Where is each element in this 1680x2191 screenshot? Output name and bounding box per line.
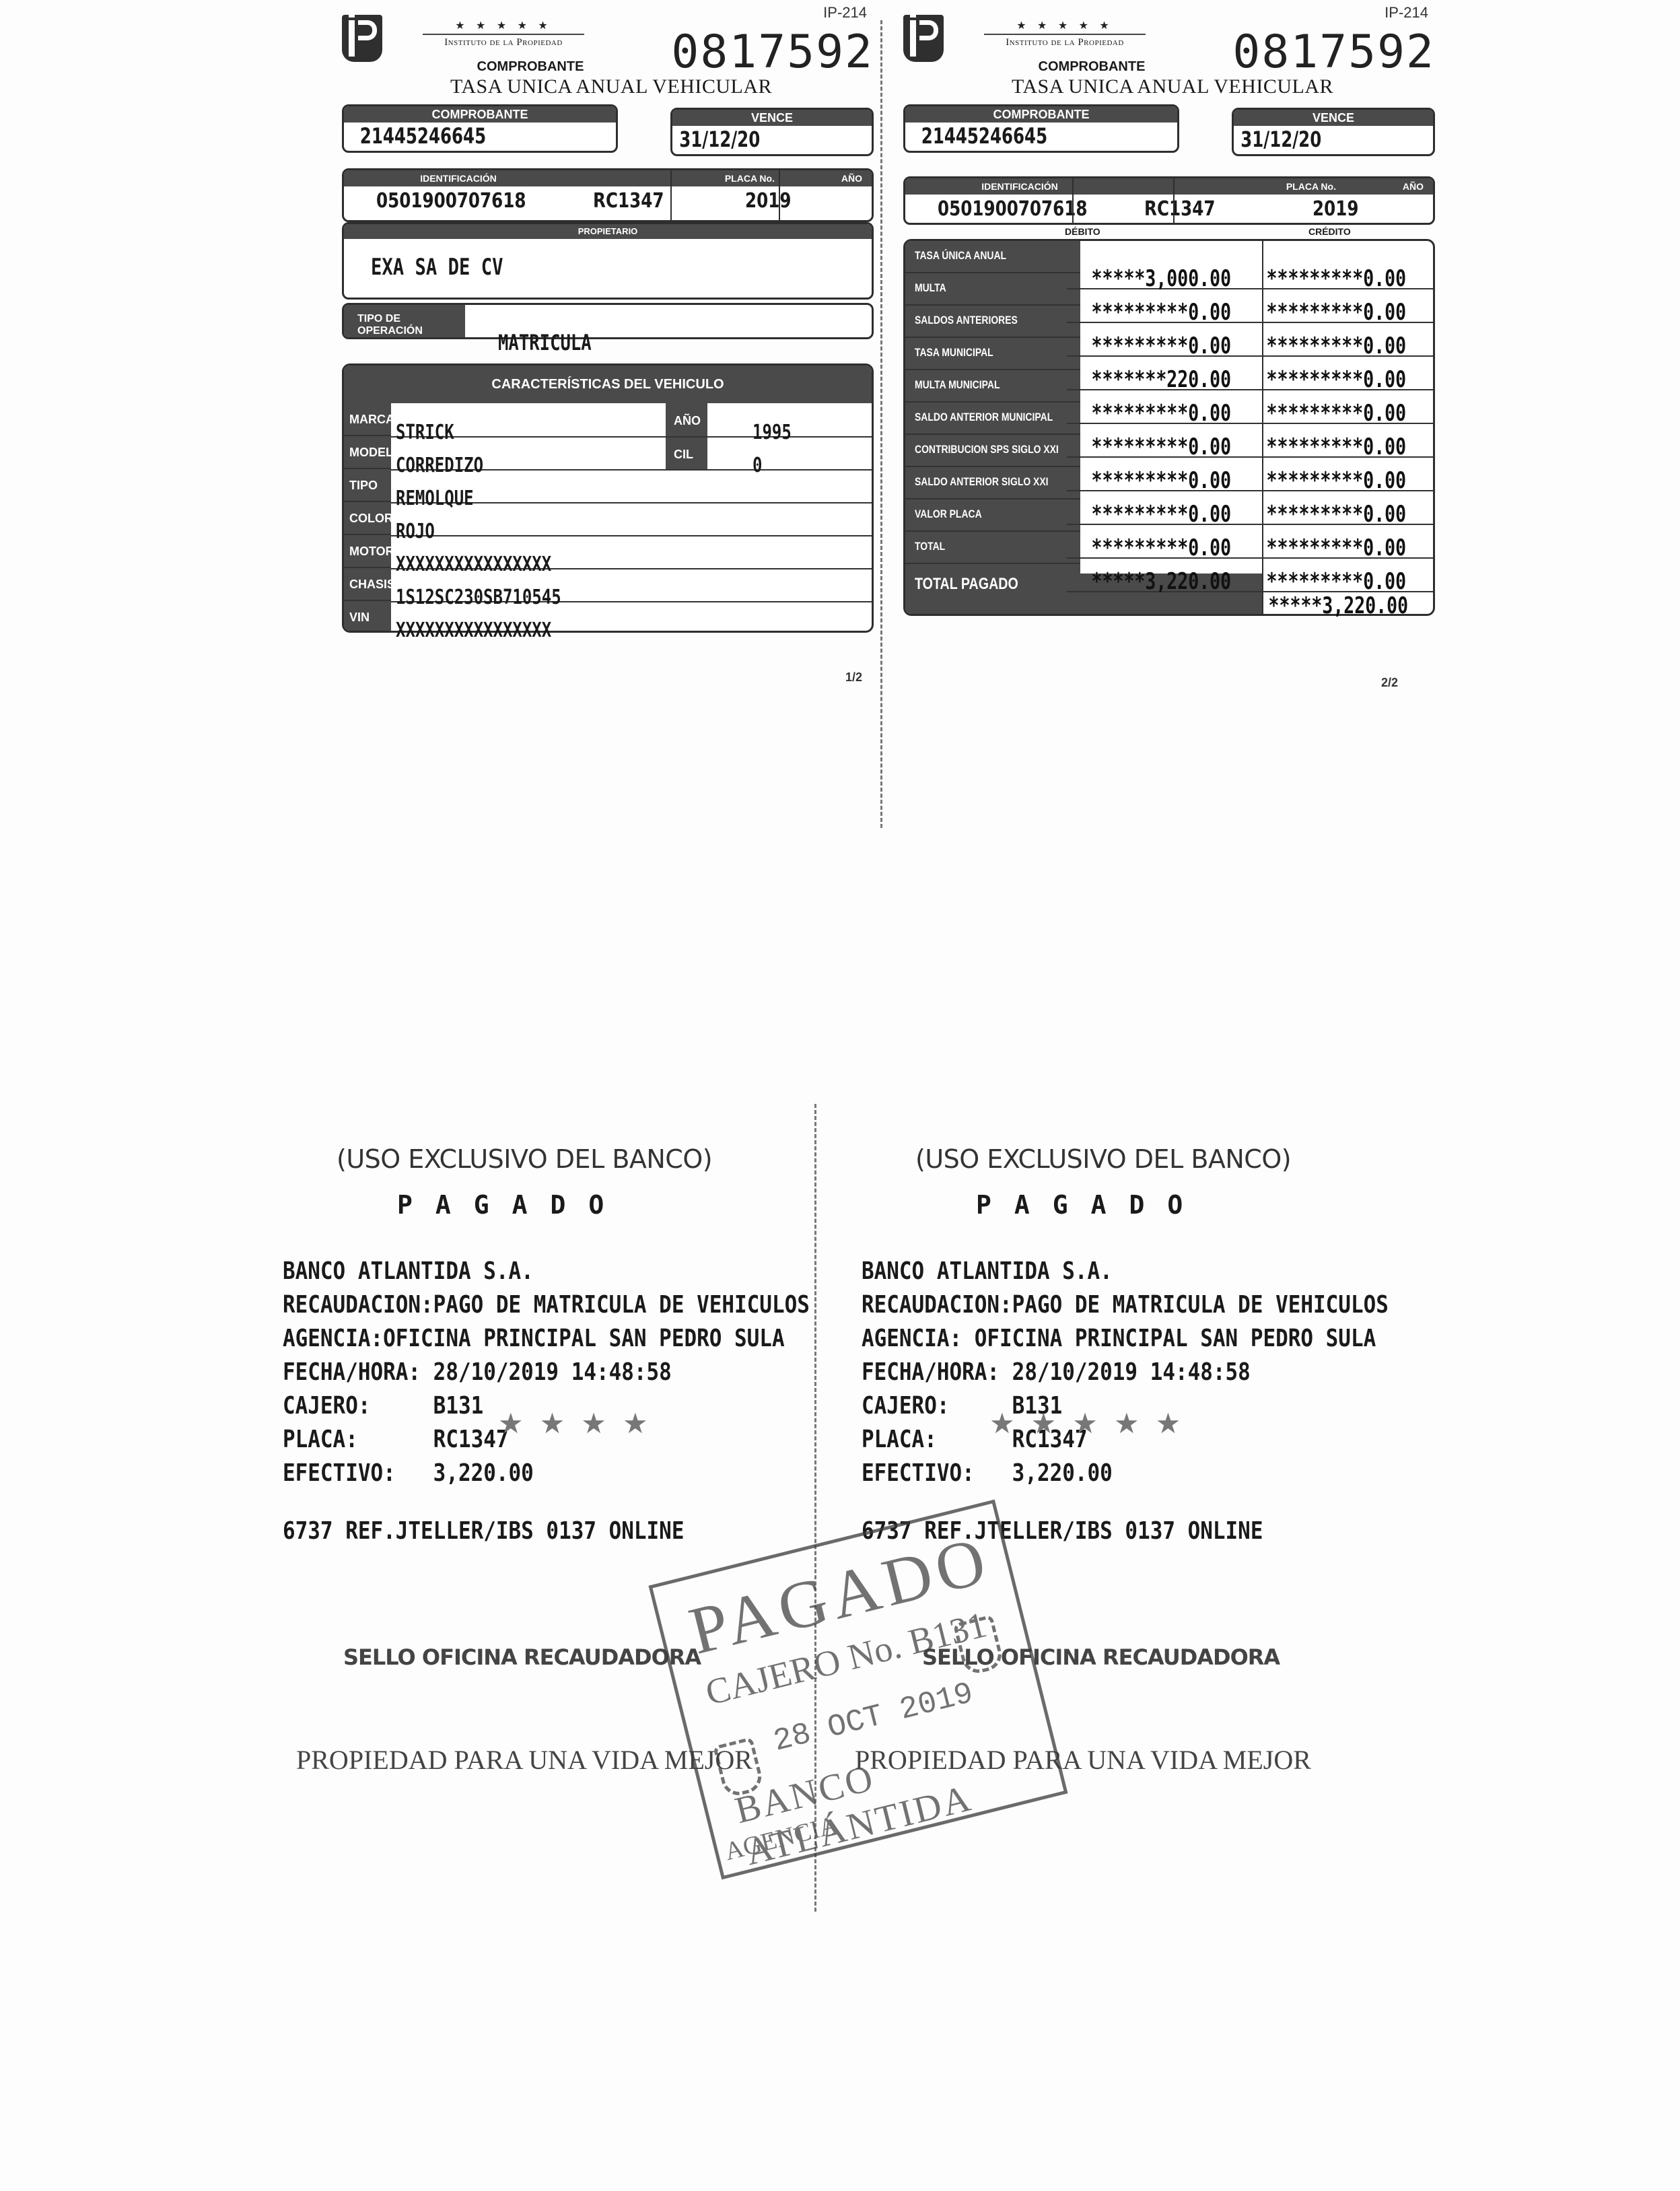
amounts-table: TASA ÚNICA ANUALMULTASALDOS ANTERIORESTA… (903, 239, 1435, 616)
vence-value: 31/12/20 (1234, 126, 1403, 153)
debito-value: *********0.00 (1091, 299, 1231, 326)
bank-line: AGENCIA:OFICINA PRINCIPAL SAN PEDRO SULA (283, 1322, 746, 1356)
vehicle-cil-label: CIL (666, 437, 707, 471)
cut-line (880, 20, 882, 828)
table-row: *********0.00*********0.00 (1067, 459, 1433, 491)
amount-label: TASA ÚNICA ANUAL (905, 241, 1080, 273)
anio-label: AÑO (1336, 178, 1424, 195)
bank-line: EFECTIVO: 3,220.00 (862, 1457, 1325, 1490)
amount-label: MULTA MUNICIPAL (905, 370, 1080, 403)
serial-number: 0817592 (671, 26, 874, 79)
paid-label: PAGADO (976, 1190, 1400, 1220)
amount-label: CONTRIBUCION SPS SIGLO XXI (905, 435, 1080, 467)
propietario-value: EXA SA DE CV (344, 239, 766, 281)
ip-logo-icon (903, 15, 944, 62)
amount-label: TASA MUNICIPAL (905, 338, 1080, 370)
institution-name: Instituto de la Propiedad (423, 37, 584, 48)
table-row: *********0.00*********0.00 (1067, 392, 1433, 424)
credito-value: *********0.00 (1266, 433, 1406, 460)
identificacion-label: IDENTIFICACIÓN (344, 170, 573, 186)
bank-line: RECAUDACION:PAGO DE MATRICULA DE VEHICUL… (862, 1288, 1325, 1322)
placa-value: RC1347 (593, 189, 664, 213)
stars-icon: ★ ★ ★ ★ ★ (423, 19, 584, 32)
table-row: *********0.00*********0.00 (1067, 324, 1433, 357)
vehicle-field-value: ROJO (396, 515, 561, 548)
vence-label: VENCE (672, 110, 872, 126)
vehicle-field-value: REMOLQUE (396, 482, 561, 515)
document-subtitle: COMPROBANTE (1024, 59, 1159, 75)
table-row: *********0.00*********0.00 (1067, 493, 1433, 525)
vehicle-field-label: MARCA (344, 403, 391, 436)
credito-value: *********0.00 (1266, 467, 1406, 494)
amount-label: MULTA (905, 273, 1080, 306)
bank-line: RECAUDACION:PAGO DE MATRICULA DE VEHICUL… (283, 1288, 746, 1322)
comprobante-label: COMPROBANTE (905, 106, 1177, 123)
document-subtitle: COMPROBANTE (463, 59, 598, 75)
credito-value: *********0.00 (1266, 366, 1406, 393)
vehicle-field-label: COLOR (344, 502, 391, 535)
stamp-logo-icon (953, 1615, 1006, 1677)
credito-label: CRÉDITO (1308, 226, 1351, 237)
amount-label: VALOR PLACA (905, 499, 1080, 532)
comprobante-box: COMPROBANTE 21445246645 (342, 104, 618, 153)
table-row: *********0.00*********0.00 (1067, 291, 1433, 323)
comprobante-value: 21445246645 (905, 123, 1136, 149)
debito-value: *********0.00 (1091, 400, 1231, 427)
institution-header: ★ ★ ★ ★ ★ Instituto de la Propiedad (423, 19, 584, 48)
ip-logo-icon (342, 15, 382, 62)
credito-value: *********0.00 (1266, 568, 1406, 595)
vence-label: VENCE (1234, 110, 1433, 126)
anio-value: 2019 (745, 189, 791, 213)
credito-value: *********0.00 (1266, 400, 1406, 427)
comprobante-box: COMPROBANTE 21445246645 (903, 104, 1179, 153)
identificacion-value: 0501900707618 (938, 197, 1088, 221)
page-number: 1/2 (845, 670, 862, 685)
anio-label: AÑO (775, 170, 862, 186)
vehicle-cil-value: 0 (753, 449, 792, 482)
table-row: *********0.00*********0.00 (1067, 526, 1433, 559)
paid-label: PAGADO (397, 1190, 821, 1220)
bank-exclusive-label: (USO EXCLUSIVO DEL BANCO) (337, 1144, 821, 1174)
tipo-operacion-label: TIPO DE OPERACIÓN (344, 305, 465, 337)
bank-reference: 6737 REF.JTELLER/IBS 0137 ONLINE (283, 1517, 746, 1545)
credito-value: *********0.00 (1266, 534, 1406, 561)
identificacion-value: 0501900707618 (376, 189, 526, 213)
vehicle-field-label: VIN (344, 601, 391, 633)
credito-value: *********0.00 (1266, 299, 1406, 326)
tipo-operacion-value: MATRICULA (498, 330, 592, 355)
debito-value: *********0.00 (1091, 333, 1231, 359)
anio-value: 2019 (1312, 197, 1358, 221)
identification-box: IDENTIFICACIÓN PLACA No. AÑO 05019007076… (903, 176, 1435, 225)
vehicle-field-value: CORREDIZO (396, 449, 561, 482)
debito-value: *****3,220.00 (1091, 568, 1231, 595)
debito-value: *********0.00 (1091, 433, 1231, 460)
vehicle-anio-value: 1995 (753, 416, 792, 449)
vehicle-field-label: MOTOR (344, 535, 391, 568)
credito-value: *********0.00 (1266, 265, 1406, 292)
document-title: TASA UNICA ANUAL VEHICULAR (937, 75, 1408, 98)
form-code: IP-214 (1385, 4, 1428, 22)
vehicle-anio-label: AÑO (666, 403, 707, 437)
vehicle-field-label: MODELO (344, 436, 391, 469)
vehicle-field-value: XXXXXXXXXXXXXXXX (396, 614, 561, 647)
document-title: TASA UNICA ANUAL VEHICULAR (376, 75, 847, 98)
vehicle-field-value: STRICK (396, 416, 561, 449)
identification-box: IDENTIFICACIÓN PLACA No. AÑO 05019007076… (342, 168, 874, 222)
amount-label: TOTAL (905, 532, 1080, 564)
amount-label: SALDO ANTERIOR SIGLO XXI (905, 467, 1080, 499)
vehicle-field-label: TIPO (344, 469, 391, 502)
form-code: IP-214 (823, 4, 867, 22)
institution-name: Instituto de la Propiedad (984, 37, 1146, 48)
placa-label: PLACA No. (573, 170, 775, 186)
vehicle-header: CARACTERÍSTICAS DEL VEHICULO (344, 366, 872, 403)
table-row: *********0.00*********0.00 (1067, 425, 1433, 458)
vence-box: VENCE 31/12/20 (1232, 108, 1435, 156)
comprobante-value: 21445246645 (344, 123, 575, 149)
serial-number: 0817592 (1232, 26, 1435, 79)
placa-value: RC1347 (1144, 197, 1215, 221)
vehicle-field-value: XXXXXXXXXXXXXXXX (396, 548, 561, 581)
bank-line: EFECTIVO: 3,220.00 (283, 1457, 746, 1490)
vehicle-field-label: CHASIS (344, 568, 391, 601)
operation-type-box: TIPO DE OPERACIÓN (342, 303, 874, 339)
debito-value: *********0.00 (1091, 501, 1231, 528)
institution-header: ★ ★ ★ ★ ★ Instituto de la Propiedad (984, 19, 1146, 48)
debito-value: *******220.00 (1091, 366, 1231, 393)
faded-stars-icon: ★★★★★ (989, 1407, 1197, 1440)
bank-line: BANCO ATLANTIDA S.A. (862, 1255, 1325, 1288)
debito-value: *********0.00 (1091, 467, 1231, 494)
owner-box: PROPIETARIO EXA SA DE CV (342, 222, 874, 300)
bank-line: FECHA/HORA: 28/10/2019 14:48:58 (283, 1356, 746, 1389)
bank-line: AGENCIA: OFICINA PRINCIPAL SAN PEDRO SUL… (862, 1322, 1325, 1356)
debito-value: *****3,000.00 (1091, 265, 1231, 292)
amount-label: SALDO ANTERIOR MUNICIPAL (905, 403, 1080, 435)
credito-value: *********0.00 (1266, 333, 1406, 359)
debito-label: DÉBITO (1065, 226, 1100, 237)
table-row: *****3,220.00*********0.00 (1067, 560, 1433, 592)
bank-exclusive-label: (USO EXCLUSIVO DEL BANCO) (915, 1144, 1400, 1174)
table-row: *******220.00*********0.00 (1067, 358, 1433, 390)
table-row: *****3,000.00*********0.00 (1067, 257, 1433, 289)
credito-value: *********0.00 (1266, 501, 1406, 528)
bank-line: FECHA/HORA: 28/10/2019 14:48:58 (862, 1356, 1325, 1389)
vehicle-field-value: 1S12SC230SB710545 (396, 581, 561, 614)
comprobante-label: COMPROBANTE (344, 106, 616, 123)
vence-value: 31/12/20 (672, 126, 842, 153)
page-number: 2/2 (1381, 676, 1398, 690)
identificacion-label: IDENTIFICACIÓN (905, 178, 1134, 195)
stars-icon: ★ ★ ★ ★ ★ (984, 19, 1146, 32)
vence-box: VENCE 31/12/20 (670, 108, 874, 156)
total-pagado-value: *****3,220.00 (1268, 592, 1408, 619)
placa-label: PLACA No. (1134, 178, 1336, 195)
bank-line: BANCO ATLANTIDA S.A. (283, 1255, 746, 1288)
debito-value: *********0.00 (1091, 534, 1231, 561)
total-pagado-label: TOTAL PAGADO (905, 564, 1080, 604)
faded-stars-icon: ★★★★ (498, 1407, 664, 1440)
amount-label: SALDOS ANTERIORES (905, 306, 1080, 338)
propietario-label: PROPIETARIO (344, 224, 872, 239)
